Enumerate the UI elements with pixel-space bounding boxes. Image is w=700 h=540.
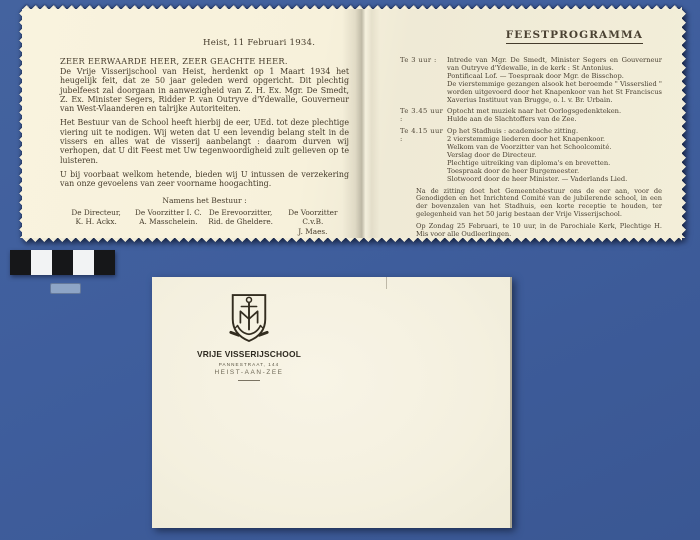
signatory: De Erevoorzitter, Rid. de Gheldere. <box>205 208 277 237</box>
letter-body: De Vrije Visserijschool van Heist, herde… <box>60 67 349 236</box>
deckle-edge-right <box>682 9 686 238</box>
schedule-row: Te 3 uur : Intrede van Mgr. De Smedt, Mi… <box>400 57 662 104</box>
envelope: VRIJE VISSERIJSCHOOL PANNESTRAAT, 144 HE… <box>152 277 512 528</box>
signatory-role: De Voorzitter C.v.B. <box>277 208 349 227</box>
calibration-square <box>73 250 94 275</box>
schedule-item: Slotwoord door de heer Minister. — Vader… <box>447 176 662 184</box>
schedule-row: Te 4.15 uur : Op het Stadhuis : academis… <box>400 128 662 183</box>
envelope-school-name: VRIJE VISSERIJSCHOOL <box>192 349 306 359</box>
letter-date: Heist, 11 Februari 1934. <box>203 38 315 48</box>
schedule-item: Intrede van Mgr. De Smedt, Minister Sege… <box>447 57 662 73</box>
schedule-time: Te 3 uur : <box>400 57 447 104</box>
photo-background: Heist, 11 Februari 1934. ZEER EERWAARDE … <box>0 0 700 540</box>
program-page: FEESTPROGRAMMA Te 3 uur : Intrede van Mg… <box>360 9 682 238</box>
envelope-address-line: PANNESTRAAT, 144 <box>192 362 306 367</box>
closing-paragraph: Op Zondag 25 Februari, te 10 uur, in de … <box>416 223 662 239</box>
signatory-role: De Voorzitter I. C. <box>132 208 204 218</box>
envelope-city-line: HEIST-AAN-ZEE <box>192 369 306 376</box>
schedule-item: Hulde aan de Slachtoffers van de Zee. <box>447 116 662 124</box>
signatory-role: De Erevoorzitter, <box>205 208 277 218</box>
envelope-flap-crease <box>386 277 387 289</box>
letter-paragraph: De Vrije Visserijschool van Heist, herde… <box>60 67 349 113</box>
letter-paragraph: Het Bestuur van de School heeft hierbij … <box>60 118 349 164</box>
schedule-time: Te 4.15 uur : <box>400 128 447 183</box>
calibration-square <box>10 250 31 275</box>
program-title: FEESTPROGRAMMA <box>506 29 643 44</box>
signatory-name: K. H. Ackx. <box>60 217 132 227</box>
signatory: De Directeur, K. H. Ackx. <box>60 208 132 237</box>
sticker-label <box>50 283 81 294</box>
program-schedule: Te 3 uur : Intrede van Mgr. De Smedt, Mi… <box>400 57 662 238</box>
signatory-name: J. Maes. <box>277 227 349 237</box>
calibration-square <box>94 250 115 275</box>
closing-paragraph: Na de zitting doet het Gemeentebestuur o… <box>416 188 662 219</box>
schedule-time: Te 3.45 uur : <box>400 108 447 124</box>
schedule-item: De vierstemmige gezangen alsook het bero… <box>447 81 662 105</box>
signatory-name: A. Masschelein. <box>132 217 204 227</box>
deckle-edge-bottom <box>22 238 682 242</box>
signatory-name: Rid. de Gheldere. <box>205 217 277 227</box>
envelope-brand-block: VRIJE VISSERIJSCHOOL PANNESTRAAT, 144 HE… <box>192 290 306 381</box>
letter-paragraph: U bij voorbaat welkom hetende, bieden wi… <box>60 170 349 189</box>
signatory-role: De Directeur, <box>60 208 132 218</box>
schedule-row: Te 3.45 uur : Optocht met muziek naar he… <box>400 108 662 124</box>
anchor-shield-crest-icon <box>227 290 271 346</box>
signatory: De Voorzitter I. C. A. Masschelein. <box>132 208 204 237</box>
invitation-left-page: Heist, 11 Februari 1934. ZEER EERWAARDE … <box>22 9 360 238</box>
calibration-square <box>31 250 52 275</box>
signatory: De Voorzitter C.v.B. J. Maes. <box>277 208 349 237</box>
invitation-card: Heist, 11 Februari 1934. ZEER EERWAARDE … <box>22 9 682 238</box>
calibration-strip <box>10 250 115 275</box>
letter-salutation: ZEER EERWAARDE HEER, ZEER GEACHTE HEER. <box>60 56 288 66</box>
envelope-divider <box>238 380 260 381</box>
calibration-square <box>52 250 73 275</box>
signature-row: De Directeur, K. H. Ackx. De Voorzitter … <box>60 208 349 237</box>
signature-heading: Namens het Bestuur : <box>60 196 349 205</box>
